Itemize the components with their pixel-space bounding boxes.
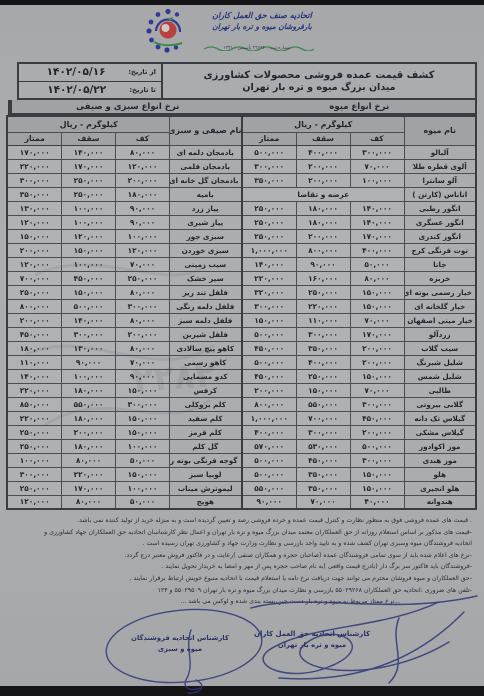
table-row: انگور عسگری۱۴۰,۰۰۰۱۸۰,۰۰۰۲۵۰,۰۰۰ (242, 215, 476, 229)
footnote-line: -قیمت های مذکور بر اساس استعلام روزانه ا… (10, 527, 472, 539)
footnote-line: . قیمت های عمده فروشی فوق به منظور نظارت… (10, 515, 472, 527)
table-row: اناناس (کارتن )عرضه و تقاضا (242, 187, 476, 201)
product-name-cell: خیار رسمی بوته ای (404, 285, 476, 299)
ceiling-price-cell: ۳۵۰,۰۰۰ (296, 467, 350, 481)
premium-price-cell: ۱۵۰,۰۰۰ (242, 313, 296, 327)
title-line1: کشف قیمت عمده فروشی محصولات کشاورزی (163, 69, 475, 82)
premium-price-cell: ۲۵۰,۰۰۰ (242, 229, 296, 243)
ceiling-price-cell: ۸۰۰,۰۰۰ (296, 243, 350, 257)
footnote-line: -حق العملکاران و میوه فروشان محترم می تو… (10, 573, 472, 585)
table-row: گیلاس تک دانه۴۵۰,۰۰۰۷۰۰,۰۰۰۱,۰۰۰,۰۰۰ (242, 411, 476, 425)
table-row: هویج۵۰,۰۰۰۸۰,۰۰۰۱۲۰,۰۰۰ (7, 495, 241, 509)
product-name-cell: گیلاس تک دانه (404, 411, 476, 425)
floor-price-cell: ۲۰۰,۰۰۰ (116, 173, 170, 187)
premium-price-cell: ۲۲۰,۰۰۰ (7, 159, 61, 173)
premium-price-cell: ۲۵۰,۰۰۰ (242, 215, 296, 229)
union-name-line1: اتحادیه صنف حق العمل کاران (192, 10, 332, 21)
union-registration-line: شماره ثبت : ۲۳۶۹۲ تأسیس : ۱۳۳۱ (182, 46, 332, 51)
product-name-cell: هلو انجیری (404, 481, 476, 495)
table-row: موز هندی۳۰۰,۰۰۰۴۵۰,۰۰۰۵۰۰,۰۰۰ (242, 453, 476, 467)
floor-price-cell: ۷۰,۰۰۰ (350, 313, 404, 327)
product-name-cell: آلوی قطره طلا (404, 159, 476, 173)
ceiling-price-cell: ۵۳۰,۰۰۰ (296, 439, 350, 453)
table-row: گلابی بیروتی۳۰۰,۰۰۰۵۵۰,۰۰۰۸۰۰,۰۰۰ (242, 397, 476, 411)
floor-price-cell: ۵۰,۰۰۰ (116, 495, 170, 509)
floor-price-cell: ۱۵۰,۰۰۰ (350, 481, 404, 495)
premium-price-cell: ۴۰۰,۰۰۰ (242, 425, 296, 439)
floor-price-cell: ۹۰,۰۰۰ (116, 201, 170, 215)
floor-price-cell: ۱۷۰,۰۰۰ (350, 229, 404, 243)
floor-price-cell: ۱۲۰,۰۰۰ (116, 159, 170, 173)
fruit-table-half: نام میوه کیلوگرم - ریال کف سقف ممتاز آلب… (243, 115, 478, 510)
table-row: انگور رطبی۱۴۰,۰۰۰۱۸۰,۰۰۰۲۵۰,۰۰۰ (242, 201, 476, 215)
table-row: سیب گلاب۲۰۰,۰۰۰۳۵۰,۰۰۰۴۵۰,۰۰۰ (242, 341, 476, 355)
premium-price-cell: ۲۰۰,۰۰۰ (242, 383, 296, 397)
premium-price-cell: ۳۵۰,۰۰۰ (7, 187, 61, 201)
product-name-cell: موز اکوادور (404, 439, 476, 453)
product-name-cell: طالبی (404, 383, 476, 397)
scanned-price-list-document: { "logo": { "org_line1": "اتحادیه صنف حق… (0, 0, 484, 696)
premium-price-cell: ۱۴۰,۰۰۰ (242, 257, 296, 271)
ceiling-price-cell: ۱۶۰,۰۰۰ (296, 271, 350, 285)
date-to-row: تا تاریخ: ۱۴۰۲/۰۵/۲۲ (19, 81, 161, 99)
fruit-name-header: نام میوه (404, 116, 476, 145)
table-row: گوجه فرنگی بوته رس۵۰,۰۰۰۸۰,۰۰۰۱۰۰,۰۰۰ (7, 453, 241, 467)
logo-green-wave-icon (204, 36, 314, 42)
premium-price-cell: ۳۰۰,۰۰۰ (242, 159, 296, 173)
ceiling-price-cell: ۱۰۰,۰۰۰ (62, 215, 116, 229)
footnote-line: -نرخ های اعلام شده باید از سوی تمامی فرو… (10, 550, 472, 562)
product-name-cell: پیاز زرد (170, 201, 242, 215)
table-row: آلو سانترا۱۰۰,۰۰۰۲۰۰,۰۰۰۳۵۰,۰۰۰ (242, 173, 476, 187)
date-to-label: تا تاریخ: (129, 86, 156, 94)
floor-price-cell: ۷۰,۰۰۰ (350, 159, 404, 173)
product-name-cell: پیاز شیری (170, 215, 242, 229)
floor-price-cell: ۴۰,۰۰۰ (350, 495, 404, 509)
table-row: آلوی قطره طلا۷۰,۰۰۰۲۰۰,۰۰۰۳۰۰,۰۰۰ (242, 159, 476, 173)
ceiling-price-cell: ۸۰,۰۰۰ (62, 453, 116, 467)
premium-price-cell: ۵۰۰,۰۰۰ (242, 453, 296, 467)
premium-price-cell: ۳۰۰,۰۰۰ (7, 467, 61, 481)
product-name-cell: هندوانه (404, 495, 476, 509)
premium-price-cell: ۵۰۰,۰۰۰ (242, 327, 296, 341)
veg-unit-header: کیلوگرم - ریال (7, 116, 169, 132)
product-name-cell: انگور رطبی (404, 201, 476, 215)
fruit-table-body: آلبالو۳۰۰,۰۰۰۴۰۰,۰۰۰۵۰۰,۰۰۰آلوی قطره طلا… (242, 145, 476, 509)
table-row: هندوانه۴۰,۰۰۰۷۰,۰۰۰۹۰,۰۰۰ (242, 495, 476, 509)
product-name-cell: سیب گلاب (404, 341, 476, 355)
product-name-cell: شلیل شمس (404, 369, 476, 383)
veg-floor-header: کف (116, 132, 170, 145)
ceiling-price-cell: ۲۲۰,۰۰۰ (62, 467, 116, 481)
ceiling-price-cell: ۷۰,۰۰۰ (296, 495, 350, 509)
table-row: لوبیا سبز۱۵۰,۰۰۰۲۲۰,۰۰۰۳۰۰,۰۰۰ (7, 467, 241, 481)
floor-price-cell: ۴۵۰,۰۰۰ (350, 411, 404, 425)
ceiling-price-cell: ۲۰۰,۰۰۰ (296, 229, 350, 243)
table-row: پیاز زرد۹۰,۰۰۰۱۰۰,۰۰۰۱۳۰,۰۰۰ (7, 201, 241, 215)
premium-price-cell: ۵۰۰,۰۰۰ (242, 355, 296, 369)
table-row: هلو۱۵۰,۰۰۰۳۵۰,۰۰۰۵۰۰,۰۰۰ (242, 467, 476, 481)
table-row: خربزه۸۰,۰۰۰۱۶۰,۰۰۰۲۲۰,۰۰۰ (242, 271, 476, 285)
table-row: خیار مینی اصفهان۷۰,۰۰۰۱۱۰,۰۰۰۱۵۰,۰۰۰ (242, 313, 476, 327)
floor-price-cell: ۱۰۰,۰۰۰ (116, 481, 170, 495)
date-to-value: ۱۴۰۲/۰۵/۲۲ (24, 84, 129, 96)
product-name-cell: بادمجان دلمه ای (170, 145, 242, 159)
table-row: طالبی۷۰,۰۰۰۱۵۰,۰۰۰۲۰۰,۰۰۰ (242, 383, 476, 397)
product-name-cell: بادمجان گل خانه ای (170, 173, 242, 187)
ceiling-price-cell: ۱۷۰,۰۰۰ (62, 159, 116, 173)
fruit-ceiling-header: سقف (296, 132, 350, 145)
floor-price-cell: ۱۸۰,۰۰۰ (116, 187, 170, 201)
premium-price-cell: ۳۲۰,۰۰۰ (242, 285, 296, 299)
premium-price-cell: ۵۵۰,۰۰۰ (242, 481, 296, 495)
premium-price-cell: ۴۵۰,۰۰۰ (242, 369, 296, 383)
floor-price-cell: ۳۰۰,۰۰۰ (350, 145, 404, 159)
product-name-cell: بادمجان قلمی (170, 159, 242, 173)
ceiling-price-cell: ۲۵۰,۰۰۰ (296, 369, 350, 383)
product-name-cell: توت فرنگی کرج (404, 243, 476, 257)
ceiling-price-cell: ۴۰۰,۰۰۰ (296, 145, 350, 159)
floor-price-cell: ۱۵۰,۰۰۰ (350, 299, 404, 313)
floor-price-cell: ۸۰,۰۰۰ (116, 145, 170, 159)
ceiling-price-cell: ۲۵۰,۰۰۰ (62, 173, 116, 187)
product-name-cell: هویج (170, 495, 242, 509)
ceiling-price-cell: ۱۸۰,۰۰۰ (296, 215, 350, 229)
floor-price-cell: ۴۰۰,۰۰۰ (350, 243, 404, 257)
premium-price-cell: ۴۵۰,۰۰۰ (242, 341, 296, 355)
premium-price-cell: ۲۵۰,۰۰۰ (242, 201, 296, 215)
left-signature-line1: کارشناس اتحادیه فروشندگان (110, 633, 250, 644)
floor-price-cell: ۱۵۰,۰۰۰ (116, 467, 170, 481)
floor-price-cell: ۱۵۰,۰۰۰ (350, 369, 404, 383)
ceiling-price-cell: ۲۵۰,۰۰۰ (62, 187, 116, 201)
union-name-line2: بارفروشان میوه و تره بار تهران (192, 21, 332, 32)
product-name-cell: لوبیا سبز (170, 467, 242, 481)
premium-price-cell: ۱۰۰,۰۰۰ (7, 453, 61, 467)
floor-price-cell: ۵۰,۰۰۰ (116, 453, 170, 467)
ceiling-price-cell: ۲۰۰,۰۰۰ (296, 173, 350, 187)
premium-price-cell: ۱۲۰,۰۰۰ (7, 495, 61, 509)
product-name-cell: خربزه (404, 271, 476, 285)
product-name-cell: خیار مینی اصفهان (404, 313, 476, 327)
footnote-line: -فروشندگان باید فاکتور سر برگ دار (بادرج… (10, 561, 472, 573)
ceiling-price-cell: ۵۵۰,۰۰۰ (296, 397, 350, 411)
veg-name-header: نام صیفی و سبزی (170, 116, 242, 145)
footnote-line: اتحادیه فروشندگان میوه وسبزی تهران کشف ش… (10, 538, 472, 550)
floor-price-cell: ۱۴۰,۰۰۰ (350, 215, 404, 229)
premium-price-cell: ۹۰,۰۰۰ (242, 495, 296, 509)
ceiling-price-cell: ۱۸۰,۰۰۰ (296, 201, 350, 215)
product-name-cell: گوجه فرنگی بوته رس (170, 453, 242, 467)
product-name-cell: انگور کندری (404, 229, 476, 243)
premium-price-cell: ۱۳۰,۰۰۰ (7, 201, 61, 215)
product-name-cell: لیموترش میناب (170, 481, 242, 495)
table-row: هلو انجیری۱۵۰,۰۰۰۳۵۰,۰۰۰۵۵۰,۰۰۰ (242, 481, 476, 495)
product-name-cell: بامیه (170, 187, 242, 201)
table-row: خیار رسمی بوته ای۱۵۰,۰۰۰۲۵۰,۰۰۰۳۲۰,۰۰۰ (242, 285, 476, 299)
product-name-cell: جانا (404, 257, 476, 271)
product-name-cell: خیار گلخانه ای (404, 299, 476, 313)
fruit-header-row-1: نام میوه کیلوگرم - ریال (242, 116, 476, 132)
date-from-label: از تاریخ: (128, 68, 156, 76)
table-row: بادمجان دلمه ای۸۰,۰۰۰۱۴۰,۰۰۰۱۷۰,۰۰۰ (7, 145, 241, 159)
ceiling-price-cell: ۱۵۰,۰۰۰ (296, 383, 350, 397)
table-row: انگور کندری۱۷۰,۰۰۰۲۰۰,۰۰۰۲۵۰,۰۰۰ (242, 229, 476, 243)
veg-premium-header: ممتاز (7, 132, 61, 145)
floor-price-cell: ۲۰۰,۰۰۰ (350, 425, 404, 439)
ceiling-price-cell: ۳۰۰,۰۰۰ (296, 327, 350, 341)
table-row: آلبالو۳۰۰,۰۰۰۴۰۰,۰۰۰۵۰۰,۰۰۰ (242, 145, 476, 159)
floor-price-cell: ۷۰,۰۰۰ (350, 383, 404, 397)
product-name-cell: موز هندی (404, 453, 476, 467)
product-name-cell: زردآلو (404, 327, 476, 341)
product-name-cell: گیلاس مشکی (404, 425, 476, 439)
floor-price-cell: ۱۷۰,۰۰۰ (350, 327, 404, 341)
product-name-cell: هلو (404, 467, 476, 481)
premium-price-cell: ۵۷۰,۰۰۰ (242, 439, 296, 453)
floor-price-cell: ۳۰۰,۰۰۰ (350, 453, 404, 467)
table-row: شلیل شبرنگ۲۰۰,۰۰۰۴۰۰,۰۰۰۵۰۰,۰۰۰ (242, 355, 476, 369)
floor-price-cell: ۱۰۰,۰۰۰ (350, 173, 404, 187)
title-band: کشف قیمت عمده فروشی محصولات کشاورزی میدا… (17, 62, 477, 100)
product-name-cell: گلابی بیروتی (404, 397, 476, 411)
premium-price-cell: ۱۲۰,۰۰۰ (7, 215, 61, 229)
table-row: جانا۵۰,۰۰۰۹۰,۰۰۰۱۴۰,۰۰۰ (242, 257, 476, 271)
floor-price-cell: ۵۰۰,۰۰۰ (350, 439, 404, 453)
faint-pen-marks (15, 235, 225, 445)
fruit-premium-header: ممتاز (242, 132, 296, 145)
fruit-unit-header: کیلوگرم - ریال (242, 116, 404, 132)
premium-price-cell: ۵۰۰,۰۰۰ (242, 145, 296, 159)
ceiling-price-cell: ۱۰۰,۰۰۰ (62, 201, 116, 215)
product-name-cell: اناناس (کارتن ) (404, 187, 476, 201)
table-row: خیار گلخانه ای۱۵۰,۰۰۰۲۲۰,۰۰۰۳۰۰,۰۰۰ (242, 299, 476, 313)
premium-price-cell: ۳۰۰,۰۰۰ (7, 173, 61, 187)
supply-demand-cell: عرضه و تقاضا (242, 187, 404, 201)
table-row: لیموترش میناب۱۰۰,۰۰۰۱۷۰,۰۰۰۲۵۰,۰۰۰ (7, 481, 241, 495)
veg-ceiling-header: سقف (62, 132, 116, 145)
premium-price-cell: ۳۵۰,۰۰۰ (242, 173, 296, 187)
premium-price-cell: ۵۰۰,۰۰۰ (242, 467, 296, 481)
floor-price-cell: ۳۰۰,۰۰۰ (350, 397, 404, 411)
floor-price-cell: ۹۰,۰۰۰ (116, 215, 170, 229)
ceiling-price-cell: ۲۲۰,۰۰۰ (296, 299, 350, 313)
table-row: زردآلو۱۷۰,۰۰۰۳۰۰,۰۰۰۵۰۰,۰۰۰ (242, 327, 476, 341)
ceiling-price-cell: ۲۵۰,۰۰۰ (296, 285, 350, 299)
ceiling-price-cell: ۸۰,۰۰۰ (62, 495, 116, 509)
table-row: گیلاس مشکی۲۰۰,۰۰۰۳۰۰,۰۰۰۴۰۰,۰۰۰ (242, 425, 476, 439)
ceiling-price-cell: ۹۰,۰۰۰ (296, 257, 350, 271)
product-name-cell: شلیل شبرنگ (404, 355, 476, 369)
date-from-row: از تاریخ: ۱۴۰۲/۰۵/۱۶ (19, 64, 161, 81)
floor-price-cell: ۱۵۰,۰۰۰ (350, 285, 404, 299)
premium-price-cell: ۸۰۰,۰۰۰ (242, 397, 296, 411)
table-row: شلیل شمس۱۵۰,۰۰۰۲۵۰,۰۰۰۴۵۰,۰۰۰ (242, 369, 476, 383)
ceiling-price-cell: ۴۵۰,۰۰۰ (296, 453, 350, 467)
ceiling-price-cell: ۳۵۰,۰۰۰ (296, 481, 350, 495)
product-name-cell: انگور عسگری (404, 215, 476, 229)
floor-price-cell: ۱۵۰,۰۰۰ (350, 467, 404, 481)
veg-header-row-1: نام صیفی و سبزی کیلوگرم - ریال (7, 116, 241, 132)
premium-price-cell: ۲۲۰,۰۰۰ (242, 271, 296, 285)
table-row: پیاز شیری۹۰,۰۰۰۱۰۰,۰۰۰۱۲۰,۰۰۰ (7, 215, 241, 229)
ceiling-price-cell: ۱۱۰,۰۰۰ (296, 313, 350, 327)
left-signature-title: کارشناس اتحادیه فروشندگان میوه و سبزی (110, 633, 250, 654)
premium-price-cell: ۱,۰۰۰,۰۰۰ (242, 243, 296, 257)
table-row: توت فرنگی کرج۴۰۰,۰۰۰۸۰۰,۰۰۰۱,۰۰۰,۰۰۰ (242, 243, 476, 257)
floor-price-cell: ۲۰۰,۰۰۰ (350, 341, 404, 355)
union-name: اتحادیه صنف حق العمل کاران بارفروشان میو… (192, 10, 332, 32)
left-signature-line2: میوه و سبزی (110, 644, 250, 654)
table-row: موز اکوادور۵۰۰,۰۰۰۵۳۰,۰۰۰۵۷۰,۰۰۰ (242, 439, 476, 453)
premium-price-cell: ۳۰۰,۰۰۰ (242, 299, 296, 313)
premium-price-cell: ۲۵۰,۰۰۰ (7, 481, 61, 495)
product-name-cell: آلو سانترا (404, 173, 476, 187)
ceiling-price-cell: ۳۰۰,۰۰۰ (296, 425, 350, 439)
ceiling-price-cell: ۲۰۰,۰۰۰ (296, 159, 350, 173)
ceiling-price-cell: ۱۴۰,۰۰۰ (62, 145, 116, 159)
ceiling-price-cell: ۷۰۰,۰۰۰ (296, 411, 350, 425)
premium-price-cell: ۱۷۰,۰۰۰ (7, 145, 61, 159)
floor-price-cell: ۲۰۰,۰۰۰ (350, 355, 404, 369)
floor-price-cell: ۱۴۰,۰۰۰ (350, 201, 404, 215)
table-row: بامیه۱۸۰,۰۰۰۲۵۰,۰۰۰۳۵۰,۰۰۰ (7, 187, 241, 201)
date-from-value: ۱۴۰۲/۰۵/۱۶ (24, 66, 128, 78)
title-line2: میدان بزرگ میوه و تره بار تهران (163, 82, 475, 94)
date-box: از تاریخ: ۱۴۰۲/۰۵/۱۶ تا تاریخ: ۱۴۰۲/۰۵/۲… (19, 64, 161, 98)
union-logo: اتحادیه صنف حق العمل کاران بارفروشان میو… (147, 6, 332, 58)
table-row: بادمجان قلمی۱۲۰,۰۰۰۱۷۰,۰۰۰۲۲۰,۰۰۰ (7, 159, 241, 173)
product-name-cell: آلبالو (404, 145, 476, 159)
section-band: نرخ انواع میوه نرخ انواع سبزی و صیفی (8, 100, 477, 115)
floor-price-cell: ۵۰,۰۰۰ (350, 257, 404, 271)
fruit-price-table: نام میوه کیلوگرم - ریال کف سقف ممتاز آلب… (241, 115, 477, 510)
ceiling-price-cell: ۳۵۰,۰۰۰ (296, 341, 350, 355)
premium-price-cell: ۱,۰۰۰,۰۰۰ (242, 411, 296, 425)
floor-price-cell: ۸۰,۰۰۰ (350, 271, 404, 285)
table-row: بادمجان گل خانه ای۲۰۰,۰۰۰۲۵۰,۰۰۰۳۰۰,۰۰۰ (7, 173, 241, 187)
fruit-floor-header: کف (350, 132, 404, 145)
ceiling-price-cell: ۴۰۰,۰۰۰ (296, 355, 350, 369)
veg-section-title: نرخ انواع سبزی و صیفی (10, 100, 244, 113)
document-title: کشف قیمت عمده فروشی محصولات کشاورزی میدا… (161, 64, 475, 98)
ceiling-price-cell: ۱۷۰,۰۰۰ (62, 481, 116, 495)
fruit-section-title: نرخ انواع میوه (244, 100, 476, 113)
